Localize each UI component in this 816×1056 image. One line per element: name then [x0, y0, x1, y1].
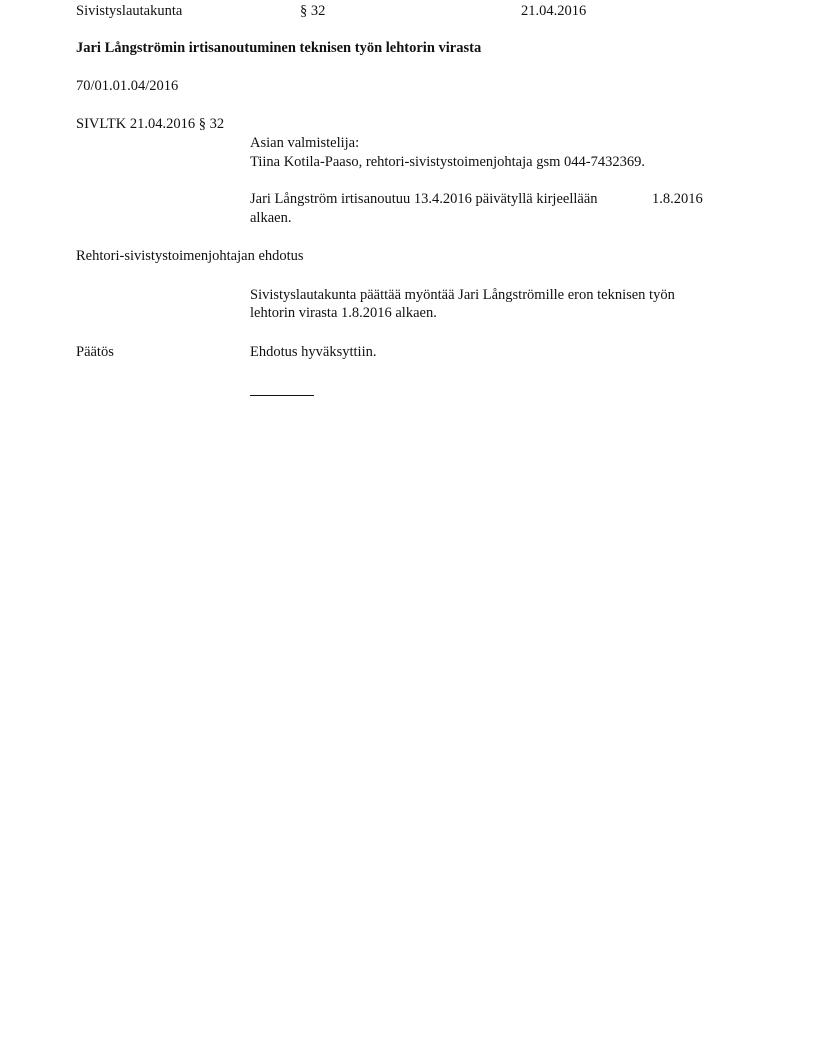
background-line-1: Jari Långström irtisanoutuu 13.4.2016 pä… [250, 190, 598, 208]
end-rule-divider [250, 395, 314, 396]
decision-label: Päätös [76, 343, 114, 361]
background-date: 1.8.2016 [652, 190, 703, 208]
proposal-line-1: Sivistyslautakunta päättää myöntää Jari … [250, 286, 675, 304]
proposal-label: Rehtori-sivistystoimenjohtajan ehdotus [76, 247, 304, 265]
document-title: Jari Långströmin irtisanoutuminen teknis… [76, 39, 481, 57]
record-number: 70/01.01.04/2016 [76, 77, 178, 95]
preparer-name: Tiina Kotila-Paaso, rehtori-sivistystoim… [250, 153, 645, 171]
meeting-reference: SIVLTK 21.04.2016 § 32 [76, 115, 224, 133]
preparer-label: Asian valmistelija: [250, 134, 359, 152]
committee-name: Sivistyslautakunta [76, 2, 182, 20]
decision-text: Ehdotus hyväksyttiin. [250, 343, 376, 361]
proposal-line-2: lehtorin virasta 1.8.2016 alkaen. [250, 304, 437, 322]
background-line-2: alkaen. [250, 209, 291, 227]
section-number: § 32 [300, 2, 325, 20]
meeting-date: 21.04.2016 [521, 2, 586, 20]
